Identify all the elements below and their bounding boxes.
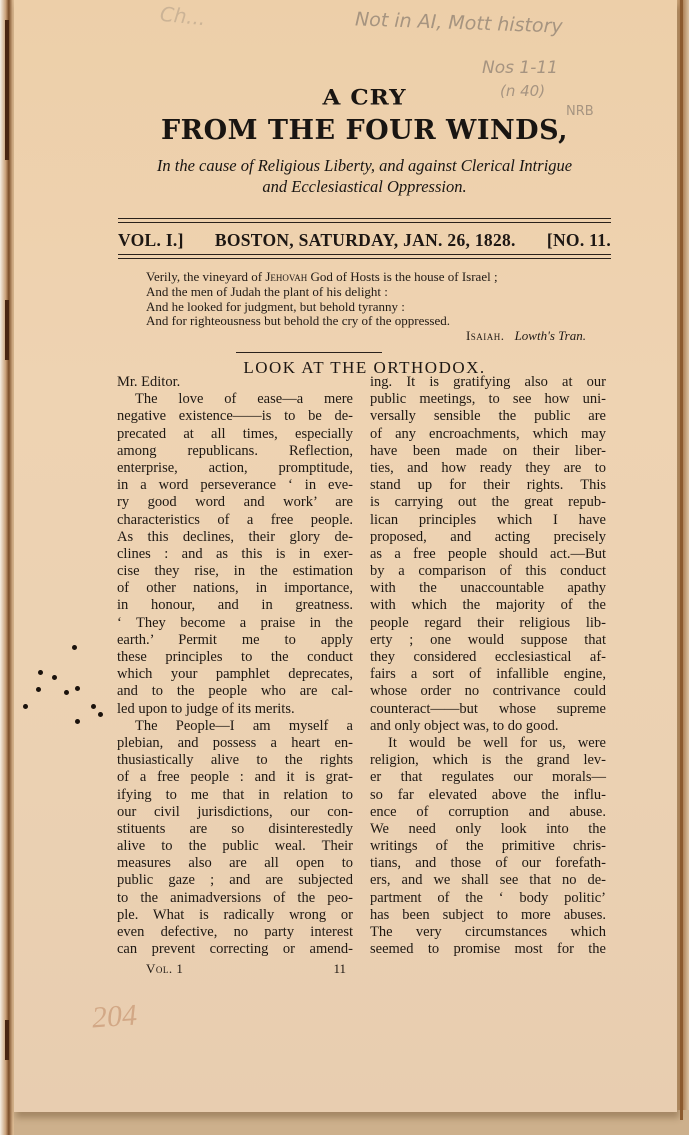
text-line: ing. It is gratifying also at our bbox=[370, 374, 606, 391]
text-line: ties, and how ready they are to bbox=[370, 460, 606, 477]
epigraph-line: And he looked for judgment, but behold t… bbox=[146, 300, 586, 315]
page-edge-line bbox=[680, 0, 683, 1120]
epigraph-text: God of Hosts is the house of Israel ; bbox=[307, 269, 497, 284]
text-line: We need only look into the bbox=[370, 821, 606, 838]
text-line: even defective, no party interest bbox=[117, 924, 353, 941]
article-column-left: Mr. Editor. The love of ease—a mere nega… bbox=[117, 374, 353, 958]
text-line: public meetings, to see how uni- bbox=[370, 391, 606, 408]
paper-spot bbox=[23, 704, 28, 709]
masthead-title-line1: A CRY bbox=[100, 85, 629, 111]
text-line: precated at all times, especially bbox=[117, 426, 353, 443]
place-date: BOSTON, SATURDAY, JAN. 26, 1828. bbox=[215, 230, 516, 251]
text-line: of any encroachments, which may bbox=[370, 426, 606, 443]
epigraph-line: And the men of Judah the plant of his de… bbox=[146, 285, 586, 300]
text-line: seemed to promise most for the bbox=[370, 941, 606, 958]
text-line: so far elevated above the influ- bbox=[370, 787, 606, 804]
page-right-edge bbox=[677, 0, 689, 1135]
headline-rule bbox=[236, 352, 382, 353]
epigraph: Verily, the vineyard of Jehovah God of H… bbox=[146, 270, 586, 344]
binding-thread bbox=[5, 1020, 9, 1060]
text-line: negative existence——is to be de- bbox=[117, 408, 353, 425]
subtitle-line2: and Ecclesiastical Oppression. bbox=[100, 176, 629, 197]
issue-number: [NO. 11. bbox=[547, 230, 611, 251]
text-line: in a word perseverance ‘ in eve- bbox=[117, 477, 353, 494]
text-line: is carrying out the great repub- bbox=[370, 494, 606, 511]
paper-spot bbox=[36, 687, 41, 692]
paper-spot bbox=[64, 690, 69, 695]
masthead-subtitle: In the cause of Religious Liberty, and a… bbox=[100, 155, 629, 197]
text-line: by a comparison of this conduct bbox=[370, 563, 606, 580]
paper-spot bbox=[52, 675, 57, 680]
masthead: A CRY FROM THE FOUR WINDS, In the cause … bbox=[100, 84, 629, 197]
text-line: cise they rise, in the estimation bbox=[117, 563, 353, 580]
signature-number: 11 bbox=[333, 961, 346, 977]
subtitle-line1: In the cause of Religious Liberty, and a… bbox=[100, 155, 629, 176]
epigraph-author: Isaiah. bbox=[466, 328, 505, 343]
masthead-title-line2: FROM THE FOUR WINDS, bbox=[100, 115, 629, 146]
text-line: religion, which is the grand lev- bbox=[370, 752, 606, 769]
text-line: The love of ease—a mere bbox=[117, 391, 353, 408]
text-line: er that regulates our morals— bbox=[370, 769, 606, 786]
library-number-stamp: 204 bbox=[91, 998, 138, 1035]
text-line: public gaze ; and are subjected bbox=[117, 872, 353, 889]
text-line: in honour, and in greatness. bbox=[117, 597, 353, 614]
epigraph-line: Verily, the vineyard of Jehovah God of H… bbox=[146, 270, 586, 285]
text-line: among republicans. Reflection, bbox=[117, 443, 353, 460]
text-line: ry good word and work’ are bbox=[117, 494, 353, 511]
text-line: thusiastically alive to the rights bbox=[117, 752, 353, 769]
paper-spot bbox=[38, 670, 43, 675]
text-line: of other nations, in importance, bbox=[117, 580, 353, 597]
text-line: ence of corruption and abuse. bbox=[370, 804, 606, 821]
text-line: characteristics of a free people. bbox=[117, 512, 353, 529]
text-line: lican principles which I have bbox=[370, 512, 606, 529]
text-line: our civil jurisdictions, our con- bbox=[117, 804, 353, 821]
text-line: with which the majority of the bbox=[370, 597, 606, 614]
text-line: people regard their religious lib- bbox=[370, 615, 606, 632]
text-line: It would be well for us, were bbox=[370, 735, 606, 752]
pencil-note-faint: Ch... bbox=[159, 2, 207, 31]
epigraph-line: And for righteousness but behold the cry… bbox=[146, 314, 586, 329]
text-line: tians, and those of our forefath- bbox=[370, 855, 606, 872]
text-line: stituents are so disinterestedly bbox=[117, 821, 353, 838]
text-line: and only object was, to do good. bbox=[370, 718, 606, 735]
pencil-note-issues: Nos 1-11 bbox=[482, 58, 558, 78]
page-signature: Vol. 1 11 bbox=[146, 961, 346, 977]
text-line: to the animadversions of the peo- bbox=[117, 890, 353, 907]
text-line: As this declines, their glory de- bbox=[117, 529, 353, 546]
text-line: they considered ecclesiastical af- bbox=[370, 649, 606, 666]
paper-spot bbox=[72, 645, 77, 650]
page-bottom-shadow bbox=[14, 1110, 689, 1135]
text-line: erty ; one would suppose that bbox=[370, 632, 606, 649]
double-rule-top bbox=[118, 218, 611, 223]
text-line: The very circumstances which bbox=[370, 924, 606, 941]
text-line: can prevent correcting or amend- bbox=[117, 941, 353, 958]
text-line: as a free people should act.—But bbox=[370, 546, 606, 563]
text-line: alive to the public weal. Their bbox=[117, 838, 353, 855]
text-line: partment of the ‘ body politic’ bbox=[370, 890, 606, 907]
text-line: clines : and as this is in exer- bbox=[117, 546, 353, 563]
text-line: measures also are all open to bbox=[117, 855, 353, 872]
text-line: earth.’ Permit me to apply bbox=[117, 632, 353, 649]
text-line: has been subject to more abuses. bbox=[370, 907, 606, 924]
text-line: counteract——but whose supreme bbox=[370, 701, 606, 718]
dateline: VOL. I.] BOSTON, SATURDAY, JAN. 26, 1828… bbox=[118, 230, 611, 251]
volume-label: VOL. I.] bbox=[118, 230, 184, 251]
article-column-right: ing. It is gratifying also at our public… bbox=[370, 374, 606, 958]
double-rule-bottom bbox=[118, 254, 611, 259]
text-line: whose order no contrivance could bbox=[370, 683, 606, 700]
text-line: ers, and we shall see that no de- bbox=[370, 872, 606, 889]
text-line: versally sensible the public are bbox=[370, 408, 606, 425]
text-line: of a free people : and it is grat- bbox=[117, 769, 353, 786]
text-line: enterprise, action, promptitude, bbox=[117, 460, 353, 477]
epigraph-divine-name: Jehovah bbox=[265, 269, 307, 284]
text-line: ‘ They become a praise in the bbox=[117, 615, 353, 632]
paper-spot bbox=[91, 704, 96, 709]
text-line: plebian, and possess a heart en- bbox=[117, 735, 353, 752]
text-line: and to the people who are cal- bbox=[117, 683, 353, 700]
text-line: which your pamphlet deprecates, bbox=[117, 666, 353, 683]
paper-spot bbox=[75, 719, 80, 724]
epigraph-text: Verily, the vineyard of bbox=[146, 269, 265, 284]
text-line: have been made on their liber- bbox=[370, 443, 606, 460]
text-line: ifying to me that in relation to bbox=[117, 787, 353, 804]
salutation: Mr. Editor. bbox=[117, 374, 353, 391]
text-line: fairs a sort of infallible engine, bbox=[370, 666, 606, 683]
text-line: writings of the primitive chris- bbox=[370, 838, 606, 855]
epigraph-translation: Lowth's Tran. bbox=[515, 328, 586, 343]
paper-spot bbox=[98, 712, 103, 717]
binding-thread bbox=[5, 20, 9, 160]
binding-thread bbox=[5, 300, 9, 360]
text-line: led upon to judge of its merits. bbox=[117, 701, 353, 718]
paper-spot bbox=[75, 686, 80, 691]
epigraph-attribution: Isaiah.Lowth's Tran. bbox=[146, 329, 586, 344]
text-line-section-start: The People—I am myself a bbox=[117, 718, 353, 735]
text-line: stand up for their rights. This bbox=[370, 477, 606, 494]
text-line: proposed, and acting precisely bbox=[370, 529, 606, 546]
text-line: these principles to the conduct bbox=[117, 649, 353, 666]
text-line: ple. What is radically wrong or bbox=[117, 907, 353, 924]
text-line: with the unaccountable apathy bbox=[370, 580, 606, 597]
signature-volume: Vol. 1 bbox=[146, 961, 183, 977]
